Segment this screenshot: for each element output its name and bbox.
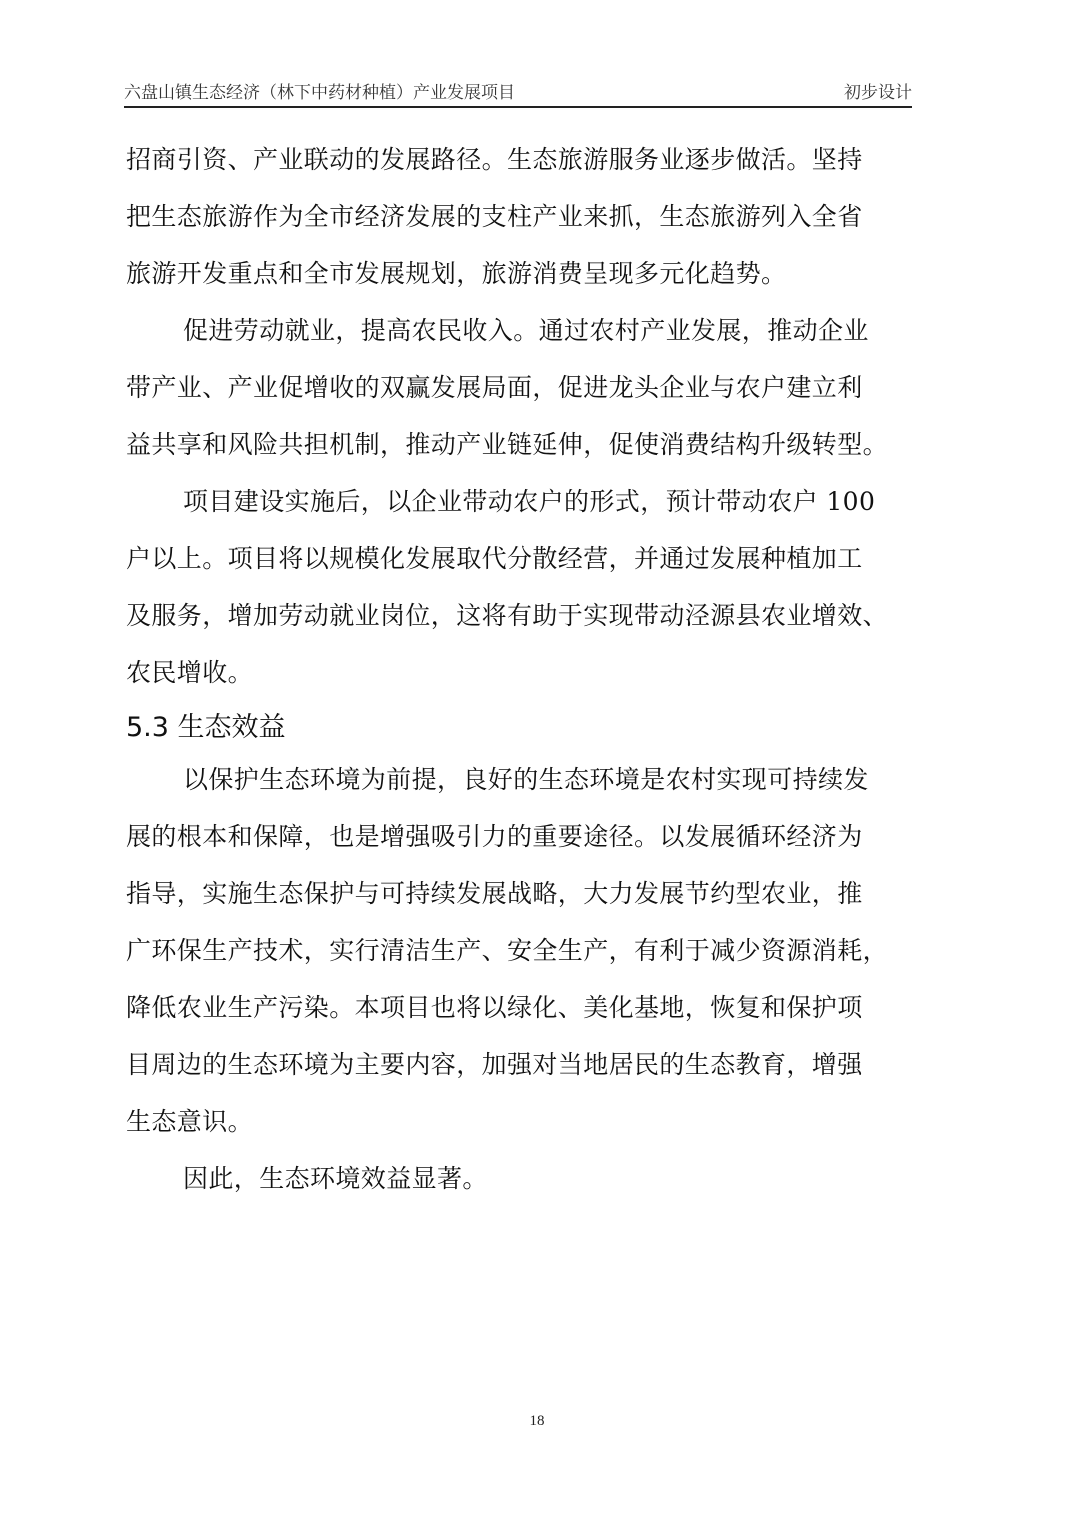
text-line: 广环保生产技术，实行清洁生产、安全生产，有利于减少资源消耗， xyxy=(126,926,916,983)
paragraph: 招商引资、产业联动的发展路径。生态旅游服务业逐步做活。坚持 把生态旅游作为全市经… xyxy=(126,135,916,306)
text-line: 生态意识。 xyxy=(126,1097,916,1154)
paragraph: 项目建设实施后，以企业带动农户的形式，预计带动农户 100 户以上。项目将以规模… xyxy=(126,477,916,705)
text-line: 带产业、产业促增收的双赢发展局面，促进龙头企业与农户建立利 xyxy=(126,363,916,420)
text-line: 把生态旅游作为全市经济发展的支柱产业来抓，生态旅游列入全省 xyxy=(126,192,916,249)
page-number: 18 xyxy=(0,1413,1074,1430)
page-header: 六盘山镇生态经济（林下中药材种植）产业发展项目 初步设计 xyxy=(124,76,912,108)
text-line: 项目建设实施后，以企业带动农户的形式，预计带动农户 100 xyxy=(126,477,916,534)
text-line: 展的根本和保障，也是增强吸引力的重要途径。以发展循环经济为 xyxy=(126,812,916,869)
text-line: 旅游开发重点和全市发展规划，旅游消费呈现多元化趋势。 xyxy=(126,249,916,306)
section-heading: 5.3 生态效益 xyxy=(126,705,916,755)
text-line: 目周边的生态环境为主要内容，加强对当地居民的生态教育，增强 xyxy=(126,1040,916,1097)
text-line: 农民增收。 xyxy=(126,648,916,705)
text-line: 招商引资、产业联动的发展路径。生态旅游服务业逐步做活。坚持 xyxy=(126,135,916,192)
text-line: 指导，实施生态保护与可持续发展战略，大力发展节约型农业，推 xyxy=(126,869,916,926)
paragraph: 以保护生态环境为前提，良好的生态环境是农村实现可持续发 展的根本和保障，也是增强… xyxy=(126,755,916,1154)
paragraph: 因此，生态环境效益显著。 xyxy=(126,1154,916,1211)
design-stage-label: 初步设计 xyxy=(844,82,912,104)
text-line: 因此，生态环境效益显著。 xyxy=(126,1154,916,1211)
paragraph: 促进劳动就业，提高农民收入。通过农村产业发展，推动企业 带产业、产业促增收的双赢… xyxy=(126,306,916,477)
text-line: 户以上。项目将以规模化发展取代分散经营，并通过发展种植加工 xyxy=(126,534,916,591)
document-body: 招商引资、产业联动的发展路径。生态旅游服务业逐步做活。坚持 把生态旅游作为全市经… xyxy=(126,135,916,1211)
text-line: 以保护生态环境为前提，良好的生态环境是农村实现可持续发 xyxy=(126,755,916,812)
text-line: 益共享和风险共担机制，推动产业链延伸，促使消费结构升级转型。 xyxy=(126,420,916,477)
text-line: 促进劳动就业，提高农民收入。通过农村产业发展，推动企业 xyxy=(126,306,916,363)
document-title: 六盘山镇生态经济（林下中药材种植）产业发展项目 xyxy=(124,82,515,104)
text-line: 及服务，增加劳动就业岗位，这将有助于实现带动泾源县农业增效、 xyxy=(126,591,916,648)
text-line: 降低农业生产污染。本项目也将以绿化、美化基地，恢复和保护项 xyxy=(126,983,916,1040)
